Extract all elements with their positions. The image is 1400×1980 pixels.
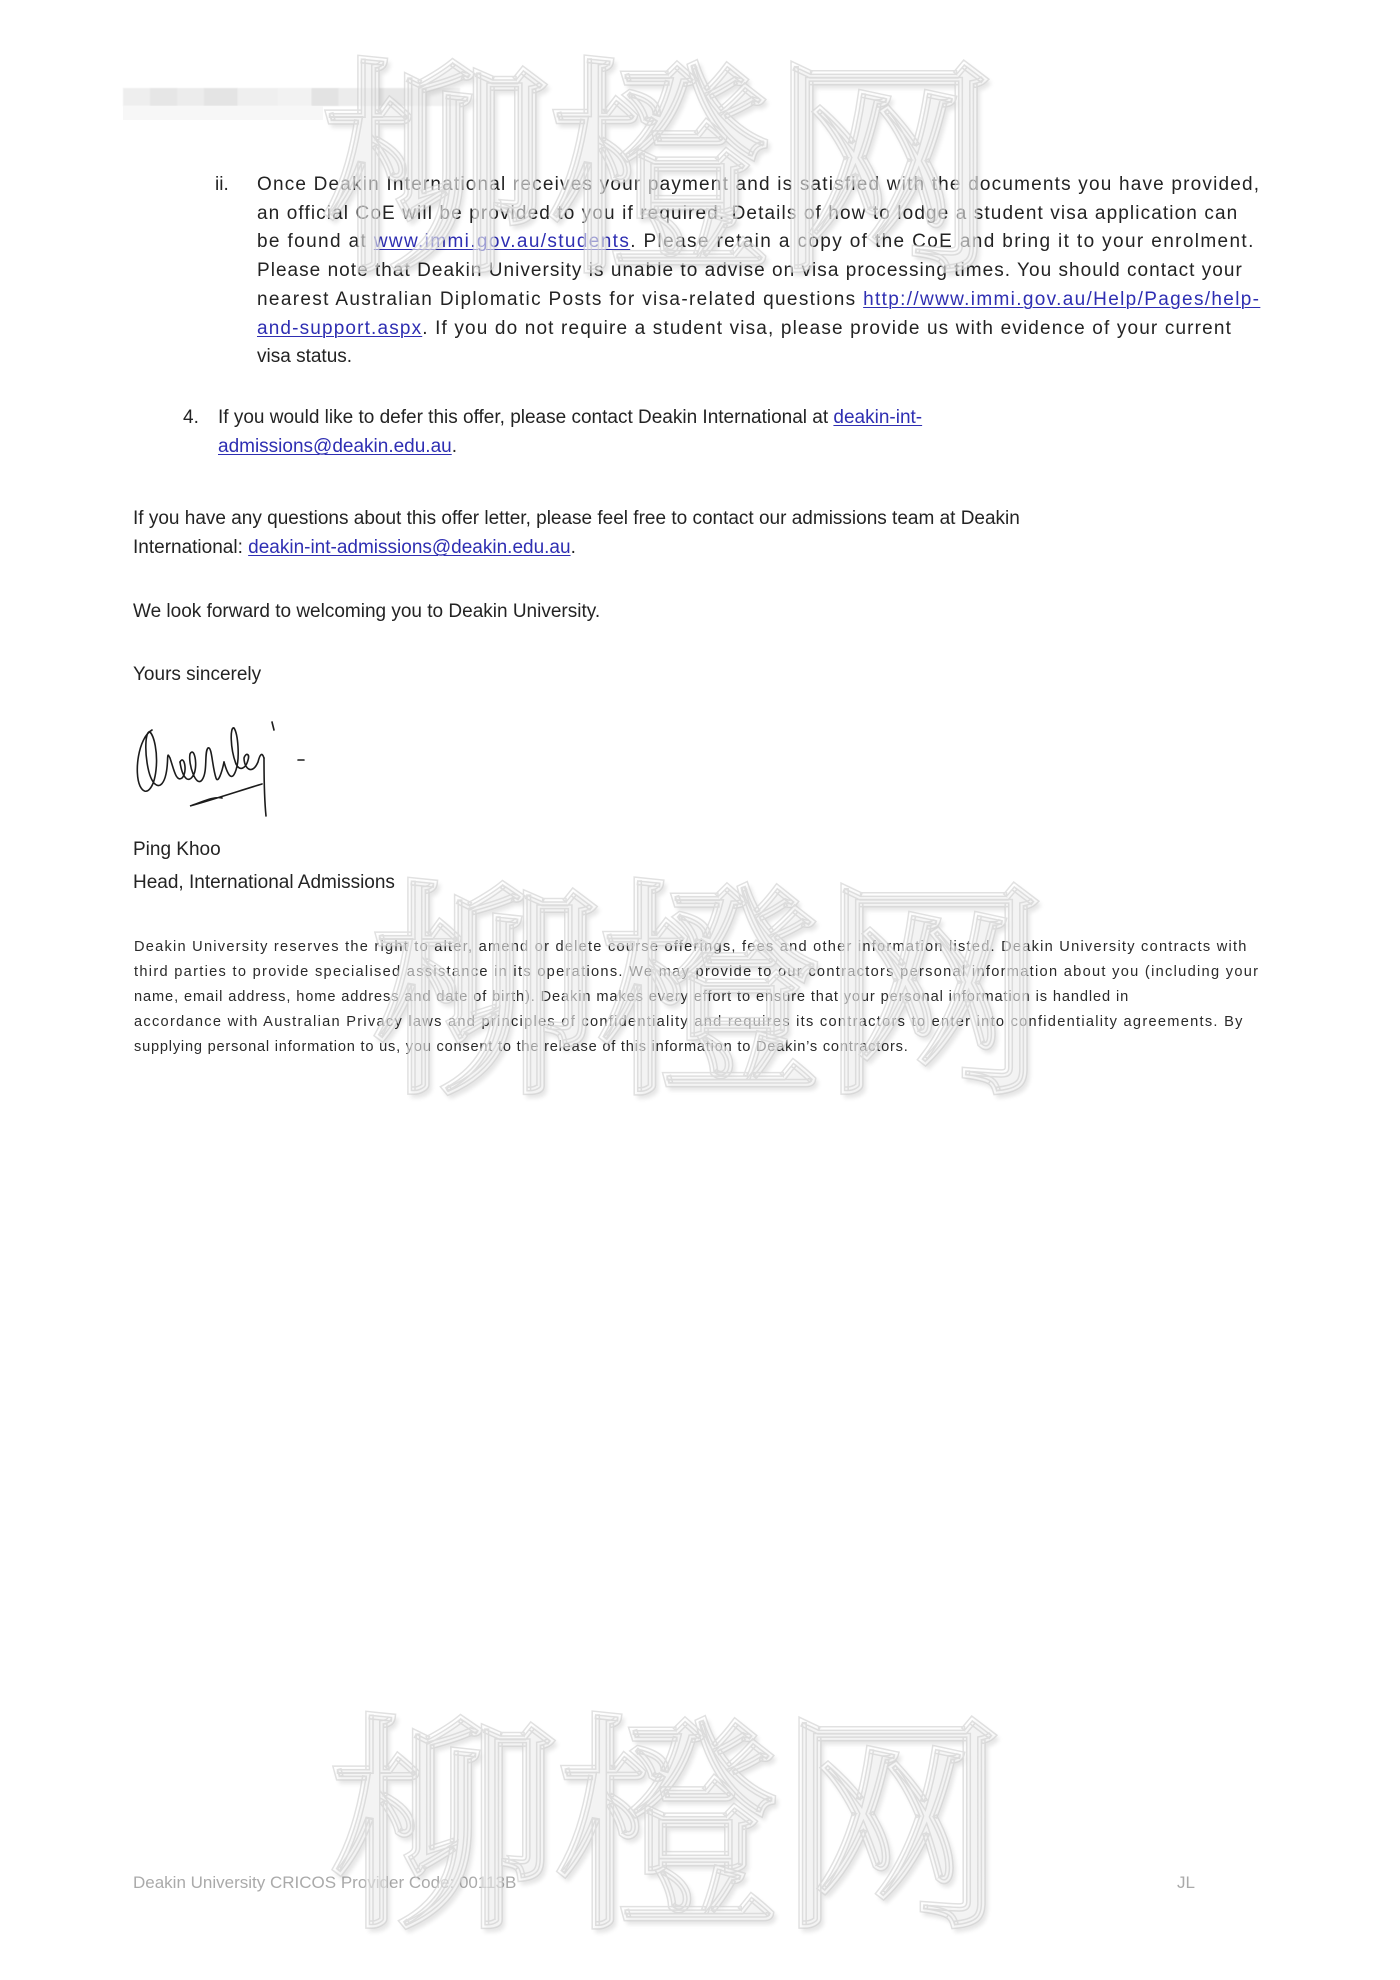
text-run: visa status.: [257, 346, 352, 367]
disclaimer-line: name, email address, home address and da…: [134, 987, 1129, 1007]
item-ii-line: be found at www.immi.gov.au/students. Pl…: [257, 230, 1255, 254]
redacted-header-shadow: [123, 106, 323, 120]
item-ii-line: visa status.: [257, 345, 352, 369]
text-run: be found at: [257, 231, 374, 252]
watermark-bottom: 柳橙网: [330, 1714, 1002, 1942]
signatory-title: Head, International Admissions: [133, 871, 395, 895]
text-run: . If you do not require a student visa, …: [422, 318, 1232, 339]
item-ii-line: nearest Australian Diplomatic Posts for …: [257, 288, 1260, 312]
questions-line: International: deakin-int-admissions@dea…: [133, 536, 576, 560]
hyperlink[interactable]: admissions@deakin.edu.au: [218, 436, 452, 457]
valediction: Yours sincerely: [133, 663, 261, 687]
redacted-header: [123, 88, 460, 106]
footer-cricos-code: Deakin University CRICOS Provider Code: …: [133, 1873, 516, 1893]
text-run: Please note that Deakin University is un…: [257, 260, 1243, 281]
hyperlink[interactable]: and-support.aspx: [257, 318, 422, 339]
closing-line: We look forward to welcoming you to Deak…: [133, 600, 600, 624]
signature-image: [132, 718, 362, 818]
item-ii-line: and-support.aspx. If you do not require …: [257, 317, 1232, 341]
signatory-name: Ping Khoo: [133, 838, 221, 862]
item-ii-line: Once Deakin International receives your …: [257, 173, 1260, 197]
list-marker-4: 4.: [183, 406, 199, 430]
item-4-line: admissions@deakin.edu.au.: [218, 435, 457, 459]
item-ii-line: Please note that Deakin University is un…: [257, 259, 1243, 283]
text-run: International:: [133, 537, 248, 558]
disclaimer-line: supplying personal information to us, yo…: [134, 1037, 909, 1057]
text-run: If you would like to defer this offer, p…: [218, 407, 833, 428]
disclaimer-line: third parties to provide specialised ass…: [134, 962, 1259, 982]
disclaimer-line: accordance with Australian Privacy laws …: [134, 1012, 1244, 1032]
text-run: an official CoE will be provided to you …: [257, 203, 1238, 224]
footer-initials: JL: [1177, 1873, 1195, 1893]
text-run: . Please retain a copy of the CoE and br…: [630, 231, 1255, 252]
text-run: Once Deakin International receives your …: [257, 174, 1260, 195]
hyperlink[interactable]: deakin-int-admissions@deakin.edu.au: [248, 537, 570, 558]
item-4-line: If you would like to defer this offer, p…: [218, 406, 922, 430]
hyperlink[interactable]: www.immi.gov.au/students: [374, 231, 630, 252]
text-run: .: [452, 436, 457, 457]
disclaimer-line: Deakin University reserves the right to …: [134, 937, 1248, 957]
hyperlink[interactable]: http://www.immi.gov.au/Help/Pages/help-: [863, 289, 1260, 310]
letter-page: ii. Once Deakin International receives y…: [0, 0, 1400, 1980]
item-ii-line: an official CoE will be provided to you …: [257, 202, 1238, 226]
text-run: .: [571, 537, 576, 558]
list-marker-ii: ii.: [215, 173, 229, 197]
text-run: If you have any questions about this off…: [133, 508, 1020, 529]
questions-line: If you have any questions about this off…: [133, 507, 1020, 531]
hyperlink[interactable]: deakin-int-: [833, 407, 922, 428]
text-run: nearest Australian Diplomatic Posts for …: [257, 289, 863, 310]
